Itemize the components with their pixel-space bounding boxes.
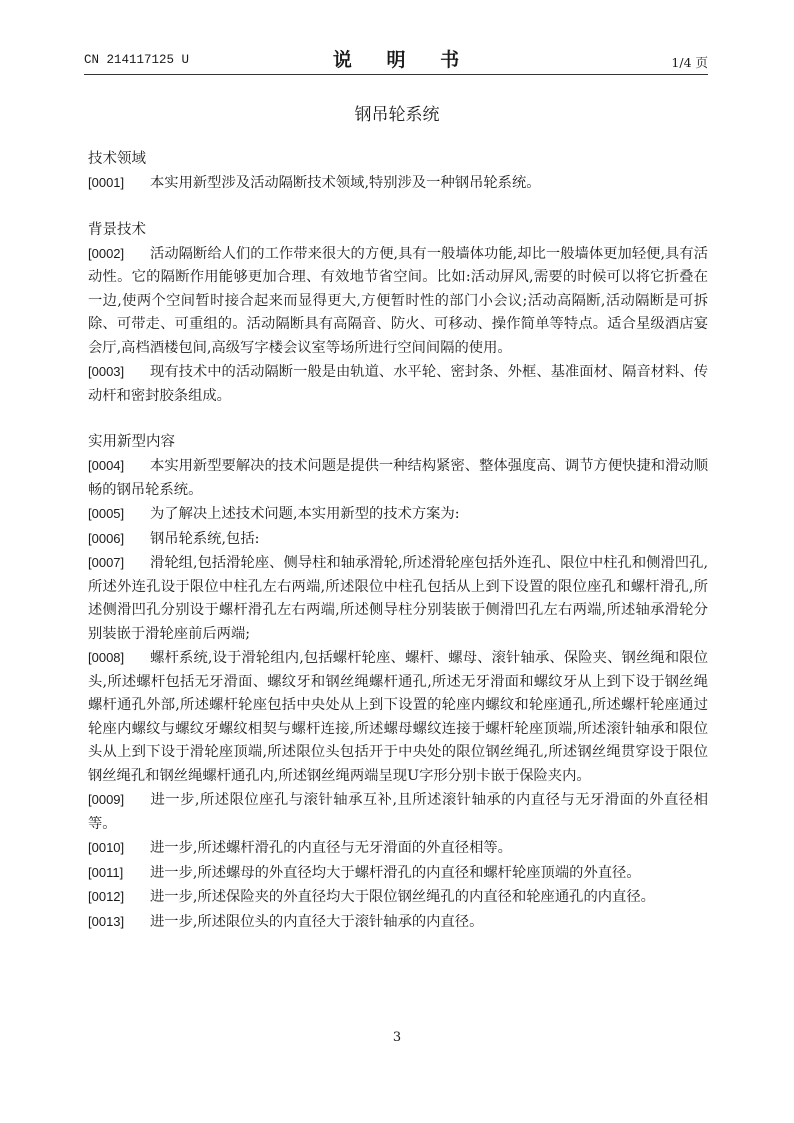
header-title: 说 明 书 <box>84 45 708 72</box>
paragraph-number: [0003] <box>88 360 150 384</box>
paragraph-number: [0008] <box>88 646 150 670</box>
paragraph: [0002]活动隔断给人们的工作带来很大的方便,具有一般墙体功能,却比一般墙体更… <box>88 242 708 361</box>
paragraph-text: 本实用新型涉及活动隔断技术领域,特别涉及一种钢吊轮系统。 <box>150 175 541 191</box>
paragraph: [0003]现有技术中的活动隔断一般是由轨道、水平轮、密封条、外框、基准面材、隔… <box>88 360 708 408</box>
paragraph-number: [0004] <box>88 454 150 478</box>
paragraph-number: [0006] <box>88 527 150 551</box>
document-body: 技术领域 [0001]本实用新型涉及活动隔断技术领域,特别涉及一种钢吊轮系统。 … <box>88 148 708 934</box>
paragraph-text: 进一步,所述限位头的内直径大于滚针轴承的内直径。 <box>150 914 483 930</box>
section-heading: 实用新型内容 <box>88 431 708 454</box>
paragraph: [0013]进一步,所述限位头的内直径大于滚针轴承的内直径。 <box>88 910 708 935</box>
header-rule <box>84 74 708 75</box>
paragraph-text: 活动隔断给人们的工作带来很大的方便,具有一般墙体功能,却比一般墙体更加轻便,具有… <box>88 246 708 356</box>
section-heading: 技术领域 <box>88 148 708 171</box>
paragraph-number: [0001] <box>88 171 150 195</box>
paragraph-number: [0011] <box>88 861 150 885</box>
paragraph: [0004]本实用新型要解决的技术问题是提供一种结构紧密、整体强度高、调节方便快… <box>88 454 708 502</box>
paragraph-number: [0012] <box>88 885 150 909</box>
paragraph-text: 滑轮组,包括滑轮座、侧导柱和轴承滑轮,所述滑轮座包括外连孔、限位中柱孔和侧滑凹孔… <box>88 555 708 642</box>
paragraph-text: 为了解决上述技术问题,本实用新型的技术方案为: <box>150 506 460 522</box>
paragraph: [0009]进一步,所述限位座孔与滚针轴承互补,且所述滚针轴承的内直径与无牙滑面… <box>88 788 708 836</box>
paragraph-text: 进一步,所述限位座孔与滚针轴承互补,且所述滚针轴承的内直径与无牙滑面的外直径相等… <box>88 792 708 832</box>
document-title: 钢吊轮系统 <box>0 100 794 125</box>
paragraph: [0010]进一步,所述螺杆滑孔的内直径与无牙滑面的外直径相等。 <box>88 836 708 861</box>
paragraph-text: 螺杆系统,设于滑轮组内,包括螺杆轮座、螺杆、螺母、滚针轴承、保险夹、钢丝绳和限位… <box>88 650 708 784</box>
paragraph: [0006]钢吊轮系统,包括: <box>88 527 708 552</box>
page-number: 3 <box>0 1030 794 1045</box>
paragraph: [0008]螺杆系统,设于滑轮组内,包括螺杆轮座、螺杆、螺母、滚针轴承、保险夹、… <box>88 646 708 788</box>
paragraph: [0007]滑轮组,包括滑轮座、侧导柱和轴承滑轮,所述滑轮座包括外连孔、限位中柱… <box>88 551 708 646</box>
paragraph: [0011]进一步,所述螺母的外直径均大于螺杆滑孔的内直径和螺杆轮座顶端的外直径… <box>88 861 708 886</box>
paragraph-number: [0005] <box>88 502 150 526</box>
paragraph-number: [0007] <box>88 551 150 575</box>
paragraph-number: [0013] <box>88 910 150 934</box>
paragraph-text: 现有技术中的活动隔断一般是由轨道、水平轮、密封条、外框、基准面材、隔音材料、传动… <box>88 364 708 404</box>
paragraph: [0001]本实用新型涉及活动隔断技术领域,特别涉及一种钢吊轮系统。 <box>88 171 708 196</box>
paragraph-number: [0002] <box>88 242 150 266</box>
paragraph-number: [0010] <box>88 836 150 860</box>
paragraph-text: 钢吊轮系统,包括: <box>150 531 259 547</box>
page-indicator: 1/4 页 <box>671 53 708 71</box>
paragraph: [0012]进一步,所述保险夹的外直径均大于限位钢丝绳孔的内直径和轮座通孔的内直… <box>88 885 708 910</box>
paragraph-text: 进一步,所述螺杆滑孔的内直径与无牙滑面的外直径相等。 <box>150 840 512 856</box>
page-header: CN 214117125 U 说 明 书 1/4 页 <box>84 45 708 71</box>
paragraph-text: 进一步,所述保险夹的外直径均大于限位钢丝绳孔的内直径和轮座通孔的内直径。 <box>150 889 655 905</box>
paragraph-text: 进一步,所述螺母的外直径均大于螺杆滑孔的内直径和螺杆轮座顶端的外直径。 <box>150 865 641 881</box>
paragraph: [0005]为了解决上述技术问题,本实用新型的技术方案为: <box>88 502 708 527</box>
paragraph-text: 本实用新型要解决的技术问题是提供一种结构紧密、整体强度高、调节方便快捷和滑动顺畅… <box>88 458 708 498</box>
paragraph-number: [0009] <box>88 788 150 812</box>
section-heading: 背景技术 <box>88 219 708 242</box>
